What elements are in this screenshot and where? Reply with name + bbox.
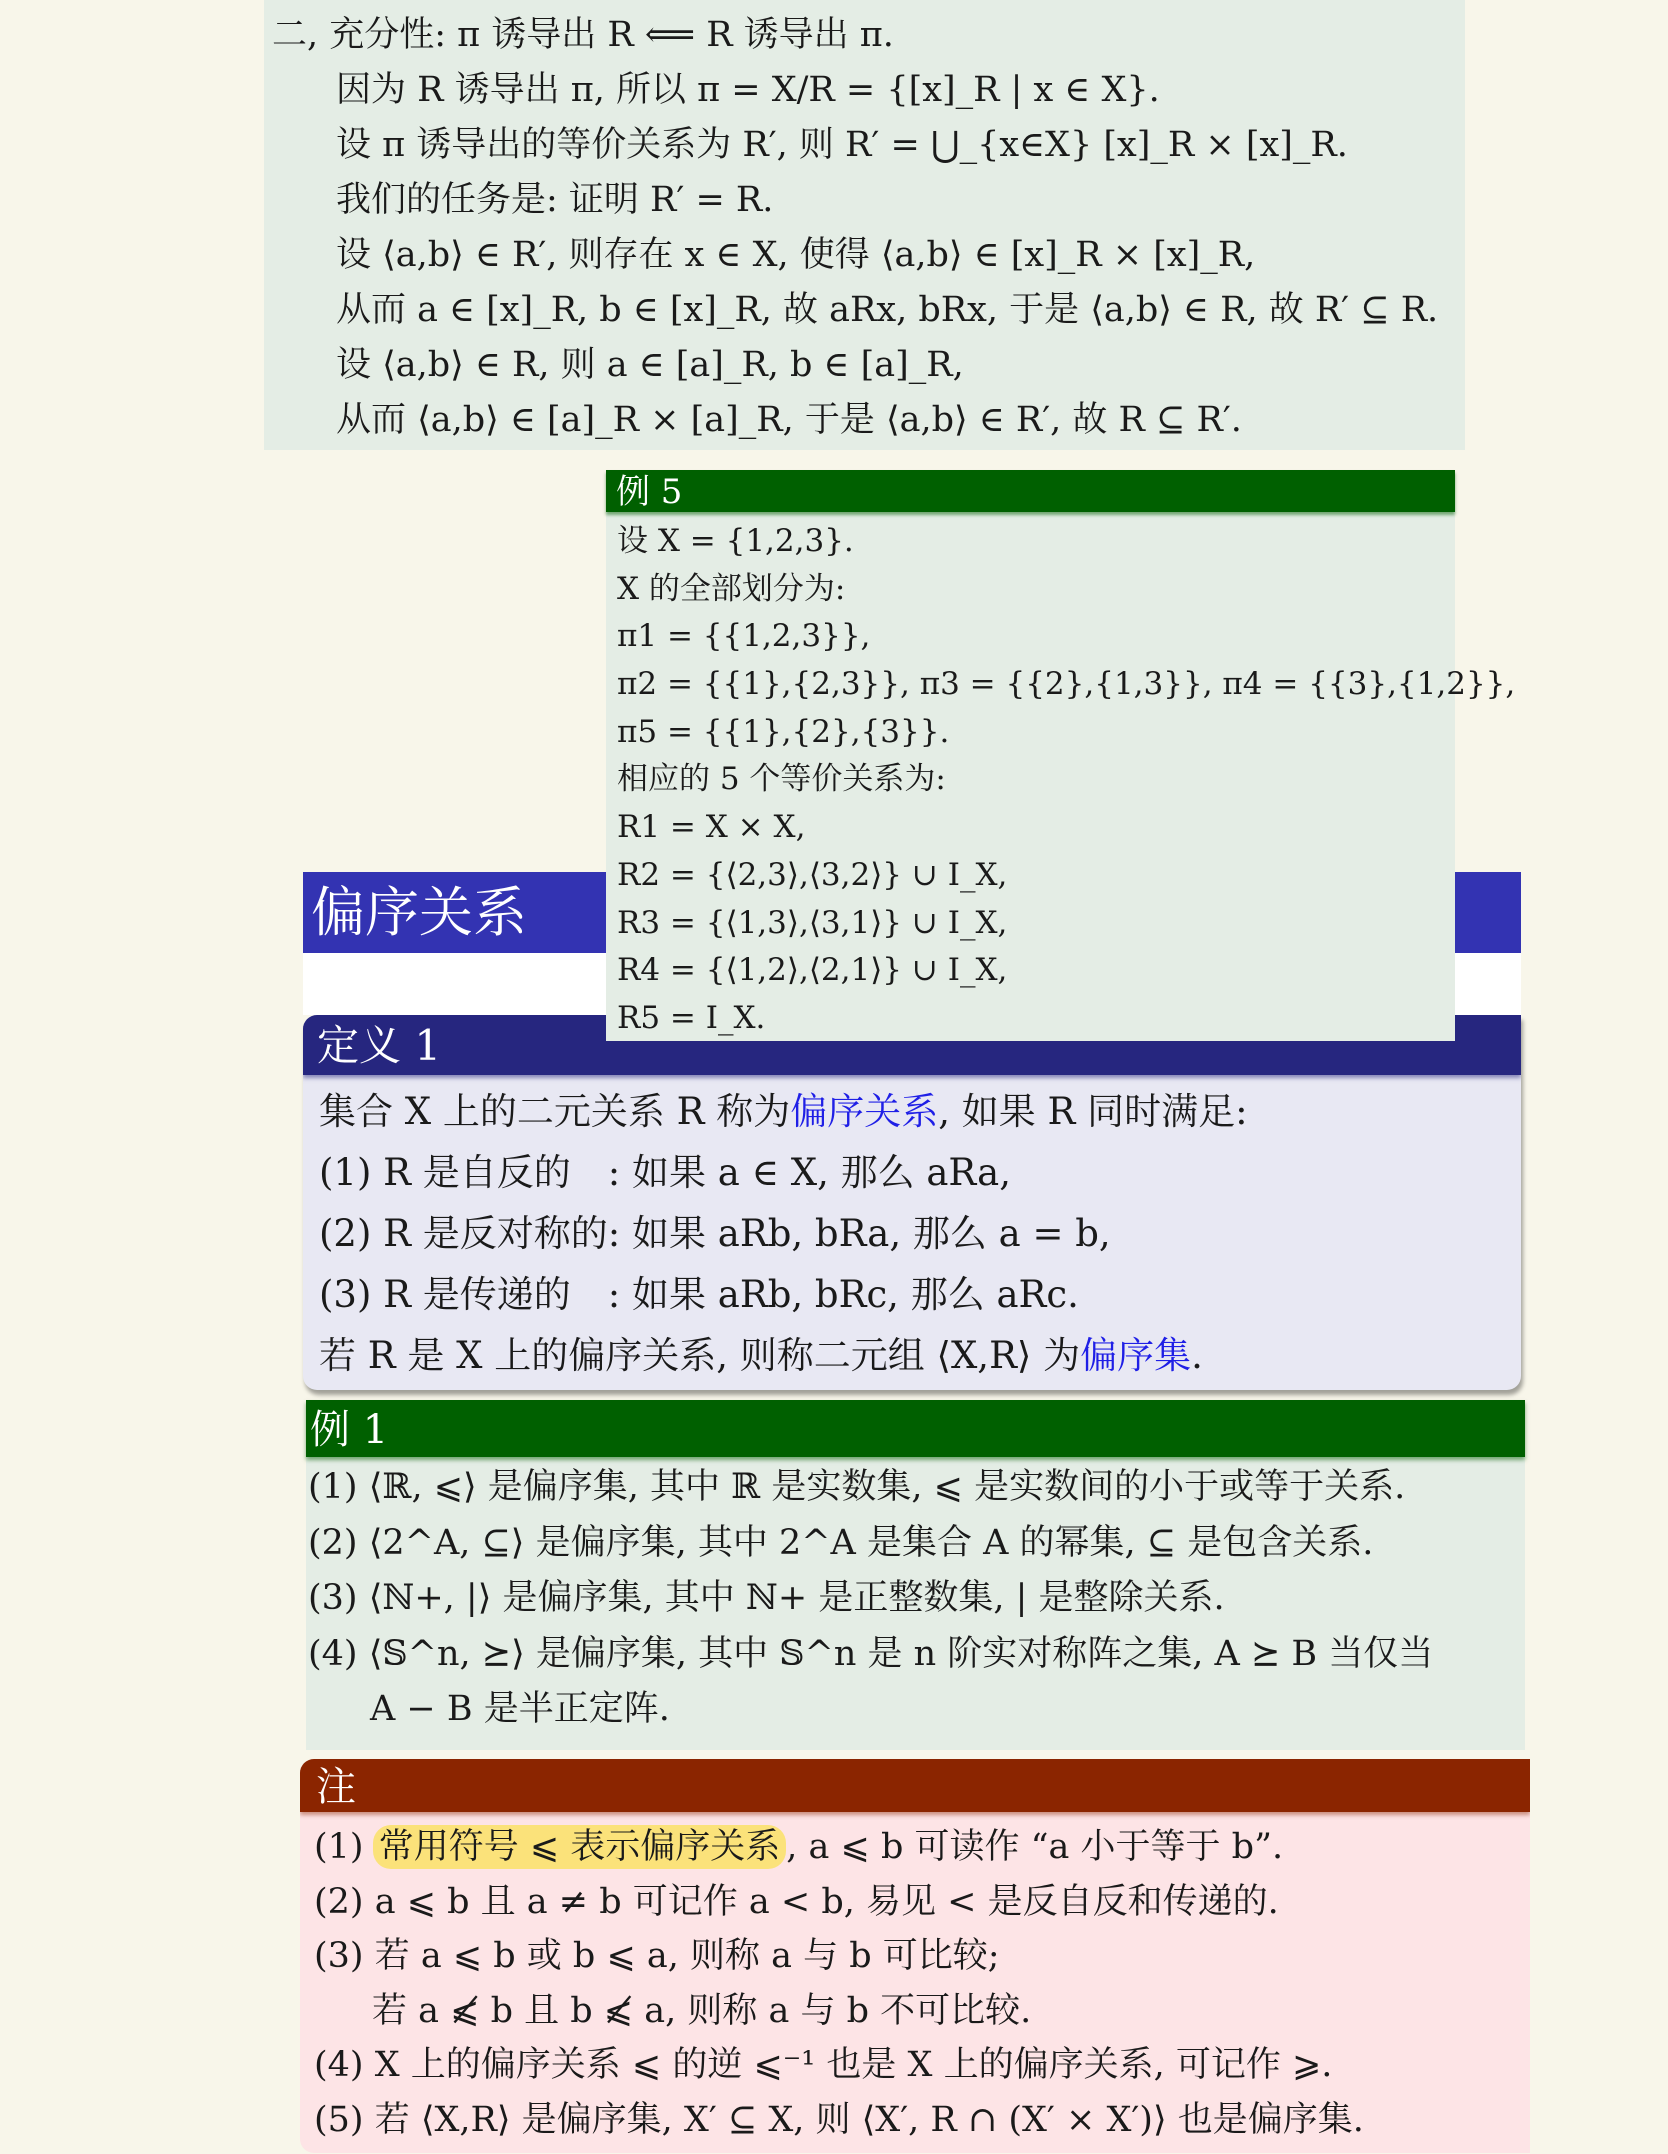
proof-line: 设 ⟨a,b⟩ ∈ R′, 则存在 x ∈ X, 使得 ⟨a,b⟩ ∈ [x]_… [272, 228, 1465, 283]
highlighted-text: 常用符号 ⩽ 表示偏序关系 [373, 1825, 787, 1869]
note-item: (5) 若 ⟨X,R⟩ 是偏序集, X′ ⊆ X, 则 ⟨X′, R ∩ (X′… [314, 2093, 1530, 2148]
example-line: (1) ⟨ℝ, ⩽⟩ 是偏序集, 其中 ℝ 是实数集, ⩽ 是实数间的小于或等于… [308, 1460, 1525, 1516]
example-1-body: (1) ⟨ℝ, ⩽⟩ 是偏序集, 其中 ℝ 是实数集, ⩽ 是实数间的小于或等于… [306, 1457, 1525, 1738]
definition-body: 集合 X 上的二元关系 R 称为偏序关系, 如果 R 同时满足: (1) R 是… [303, 1075, 1521, 1386]
definition-item: (1) R 是自反的 : 如果 a ∈ X, 那么 aRa, [319, 1142, 1521, 1203]
example-line: 相应的 5 个等价关系为: [617, 756, 1455, 804]
example-line: π5 = {{1},{2},{3}}. [617, 709, 1455, 757]
example-line: (4) ⟨𝕊^n, ⪰⟩ 是偏序集, 其中 𝕊^n 是 n 阶实对称阵之集, A… [308, 1627, 1525, 1683]
example-5-body: 设 X = {1,2,3}. X 的全部划分为: π1 = {{1,2,3}},… [606, 512, 1455, 1043]
note-body: (1) 常用符号 ⩽ 表示偏序关系, a ⩽ b 可读作 “a 小于等于 b”.… [300, 1812, 1530, 2147]
term-poset[interactable]: 偏序集 [1080, 1334, 1191, 1377]
proof-line: 二, 充分性: π 诱导出 R ⟸ R 诱导出 π. [272, 8, 1465, 63]
proof-line: 从而 a ∈ [x]_R, b ∈ [x]_R, 故 aRx, bRx, 于是 … [272, 283, 1465, 338]
proof-line: 设 ⟨a,b⟩ ∈ R, 则 a ∈ [a]_R, b ∈ [a]_R, [272, 338, 1465, 393]
note-item-text: , a ⩽ b 可读作 “a 小于等于 b”. [786, 1827, 1283, 1867]
proof-line: 我们的任务是: 证明 R′ = R. [272, 173, 1465, 228]
definition-intro: 集合 X 上的二元关系 R 称为偏序关系, 如果 R 同时满足: [319, 1081, 1521, 1142]
definition-intro-text: , 如果 R 同时满足: [938, 1090, 1247, 1133]
note-item: (3) 若 a ⩽ b 或 b ⩽ a, 则称 a 与 b 可比较; [314, 1929, 1530, 1984]
note-item: (1) 常用符号 ⩽ 表示偏序关系, a ⩽ b 可读作 “a 小于等于 b”. [314, 1820, 1530, 1875]
definition-item: (3) R 是传递的 : 如果 aRb, bRc, 那么 aRc. [319, 1264, 1521, 1325]
example-line: A − B 是半正定阵. [308, 1682, 1525, 1738]
note-item: 若 a ⩽̸ b 且 b ⩽̸ a, 则称 a 与 b 不可比较. [314, 1984, 1530, 2039]
note-title: 注 [300, 1759, 1530, 1812]
example-line: (3) ⟨ℕ+, |⟩ 是偏序集, 其中 ℕ+ 是正整数集, | 是整除关系. [308, 1571, 1525, 1627]
proof-line: 因为 R 诱导出 π, 所以 π = X/R = {[x]_R | x ∈ X}… [272, 63, 1465, 118]
definition-item: (2) R 是反对称的: 如果 aRb, bRa, 那么 a = b, [319, 1203, 1521, 1264]
note-block: 注 (1) 常用符号 ⩽ 表示偏序关系, a ⩽ b 可读作 “a 小于等于 b… [300, 1759, 1530, 2153]
note-item: (4) X 上的偏序关系 ⩽ 的逆 ⩽⁻¹ 也是 X 上的偏序关系, 可记作 ⩾… [314, 2038, 1530, 2093]
example-line: X 的全部划分为: [617, 566, 1455, 614]
example-1-block: 例 1 (1) ⟨ℝ, ⩽⟩ 是偏序集, 其中 ℝ 是实数集, ⩽ 是实数间的小… [306, 1400, 1525, 1750]
note-item: (2) a ⩽ b 且 a ≠ b 可记作 a < b, 易见 < 是反自反和传… [314, 1875, 1530, 1930]
definition-outro: 若 R 是 X 上的偏序关系, 则称二元组 ⟨X,R⟩ 为偏序集. [319, 1325, 1521, 1386]
example-line: 设 X = {1,2,3}. [617, 518, 1455, 566]
example-5-title: 例 5 [606, 470, 1455, 512]
example-line: R4 = {⟨1,2⟩,⟨2,1⟩} ∪ I_X, [617, 947, 1455, 995]
note-item-number: (1) [314, 1827, 364, 1867]
example-line: R5 = I_X. [617, 995, 1455, 1043]
example-1-title: 例 1 [306, 1400, 1525, 1457]
proof-line: 设 π 诱导出的等价关系为 R′, 则 R′ = ⋃_{x∈X} [x]_R ×… [272, 118, 1465, 173]
proof-line: 从而 ⟨a,b⟩ ∈ [a]_R × [a]_R, 于是 ⟨a,b⟩ ∈ R′,… [272, 393, 1465, 448]
example-line: π2 = {{1},{2,3}}, π3 = {{2},{1,3}}, π4 =… [617, 661, 1455, 709]
proof-block: 二, 充分性: π 诱导出 R ⟸ R 诱导出 π. 因为 R 诱导出 π, 所… [264, 0, 1465, 450]
example-line: (2) ⟨2^A, ⊆⟩ 是偏序集, 其中 2^A 是集合 A 的幂集, ⊆ 是… [308, 1516, 1525, 1572]
example-line: R1 = X × X, [617, 804, 1455, 852]
definition-intro-text: 集合 X 上的二元关系 R 称为 [319, 1090, 790, 1133]
definition-block: 定义 1 集合 X 上的二元关系 R 称为偏序关系, 如果 R 同时满足: (1… [303, 1015, 1521, 1390]
example-5-block: 例 5 设 X = {1,2,3}. X 的全部划分为: π1 = {{1,2,… [606, 470, 1455, 1041]
example-line: π1 = {{1,2,3}}, [617, 613, 1455, 661]
example-line: R2 = {⟨2,3⟩,⟨3,2⟩} ∪ I_X, [617, 852, 1455, 900]
definition-outro-text: . [1191, 1334, 1203, 1377]
term-partial-order-relation[interactable]: 偏序关系 [790, 1090, 938, 1133]
definition-outro-text: 若 R 是 X 上的偏序关系, 则称二元组 ⟨X,R⟩ 为 [319, 1334, 1080, 1377]
example-line: R3 = {⟨1,3⟩,⟨3,1⟩} ∪ I_X, [617, 900, 1455, 948]
